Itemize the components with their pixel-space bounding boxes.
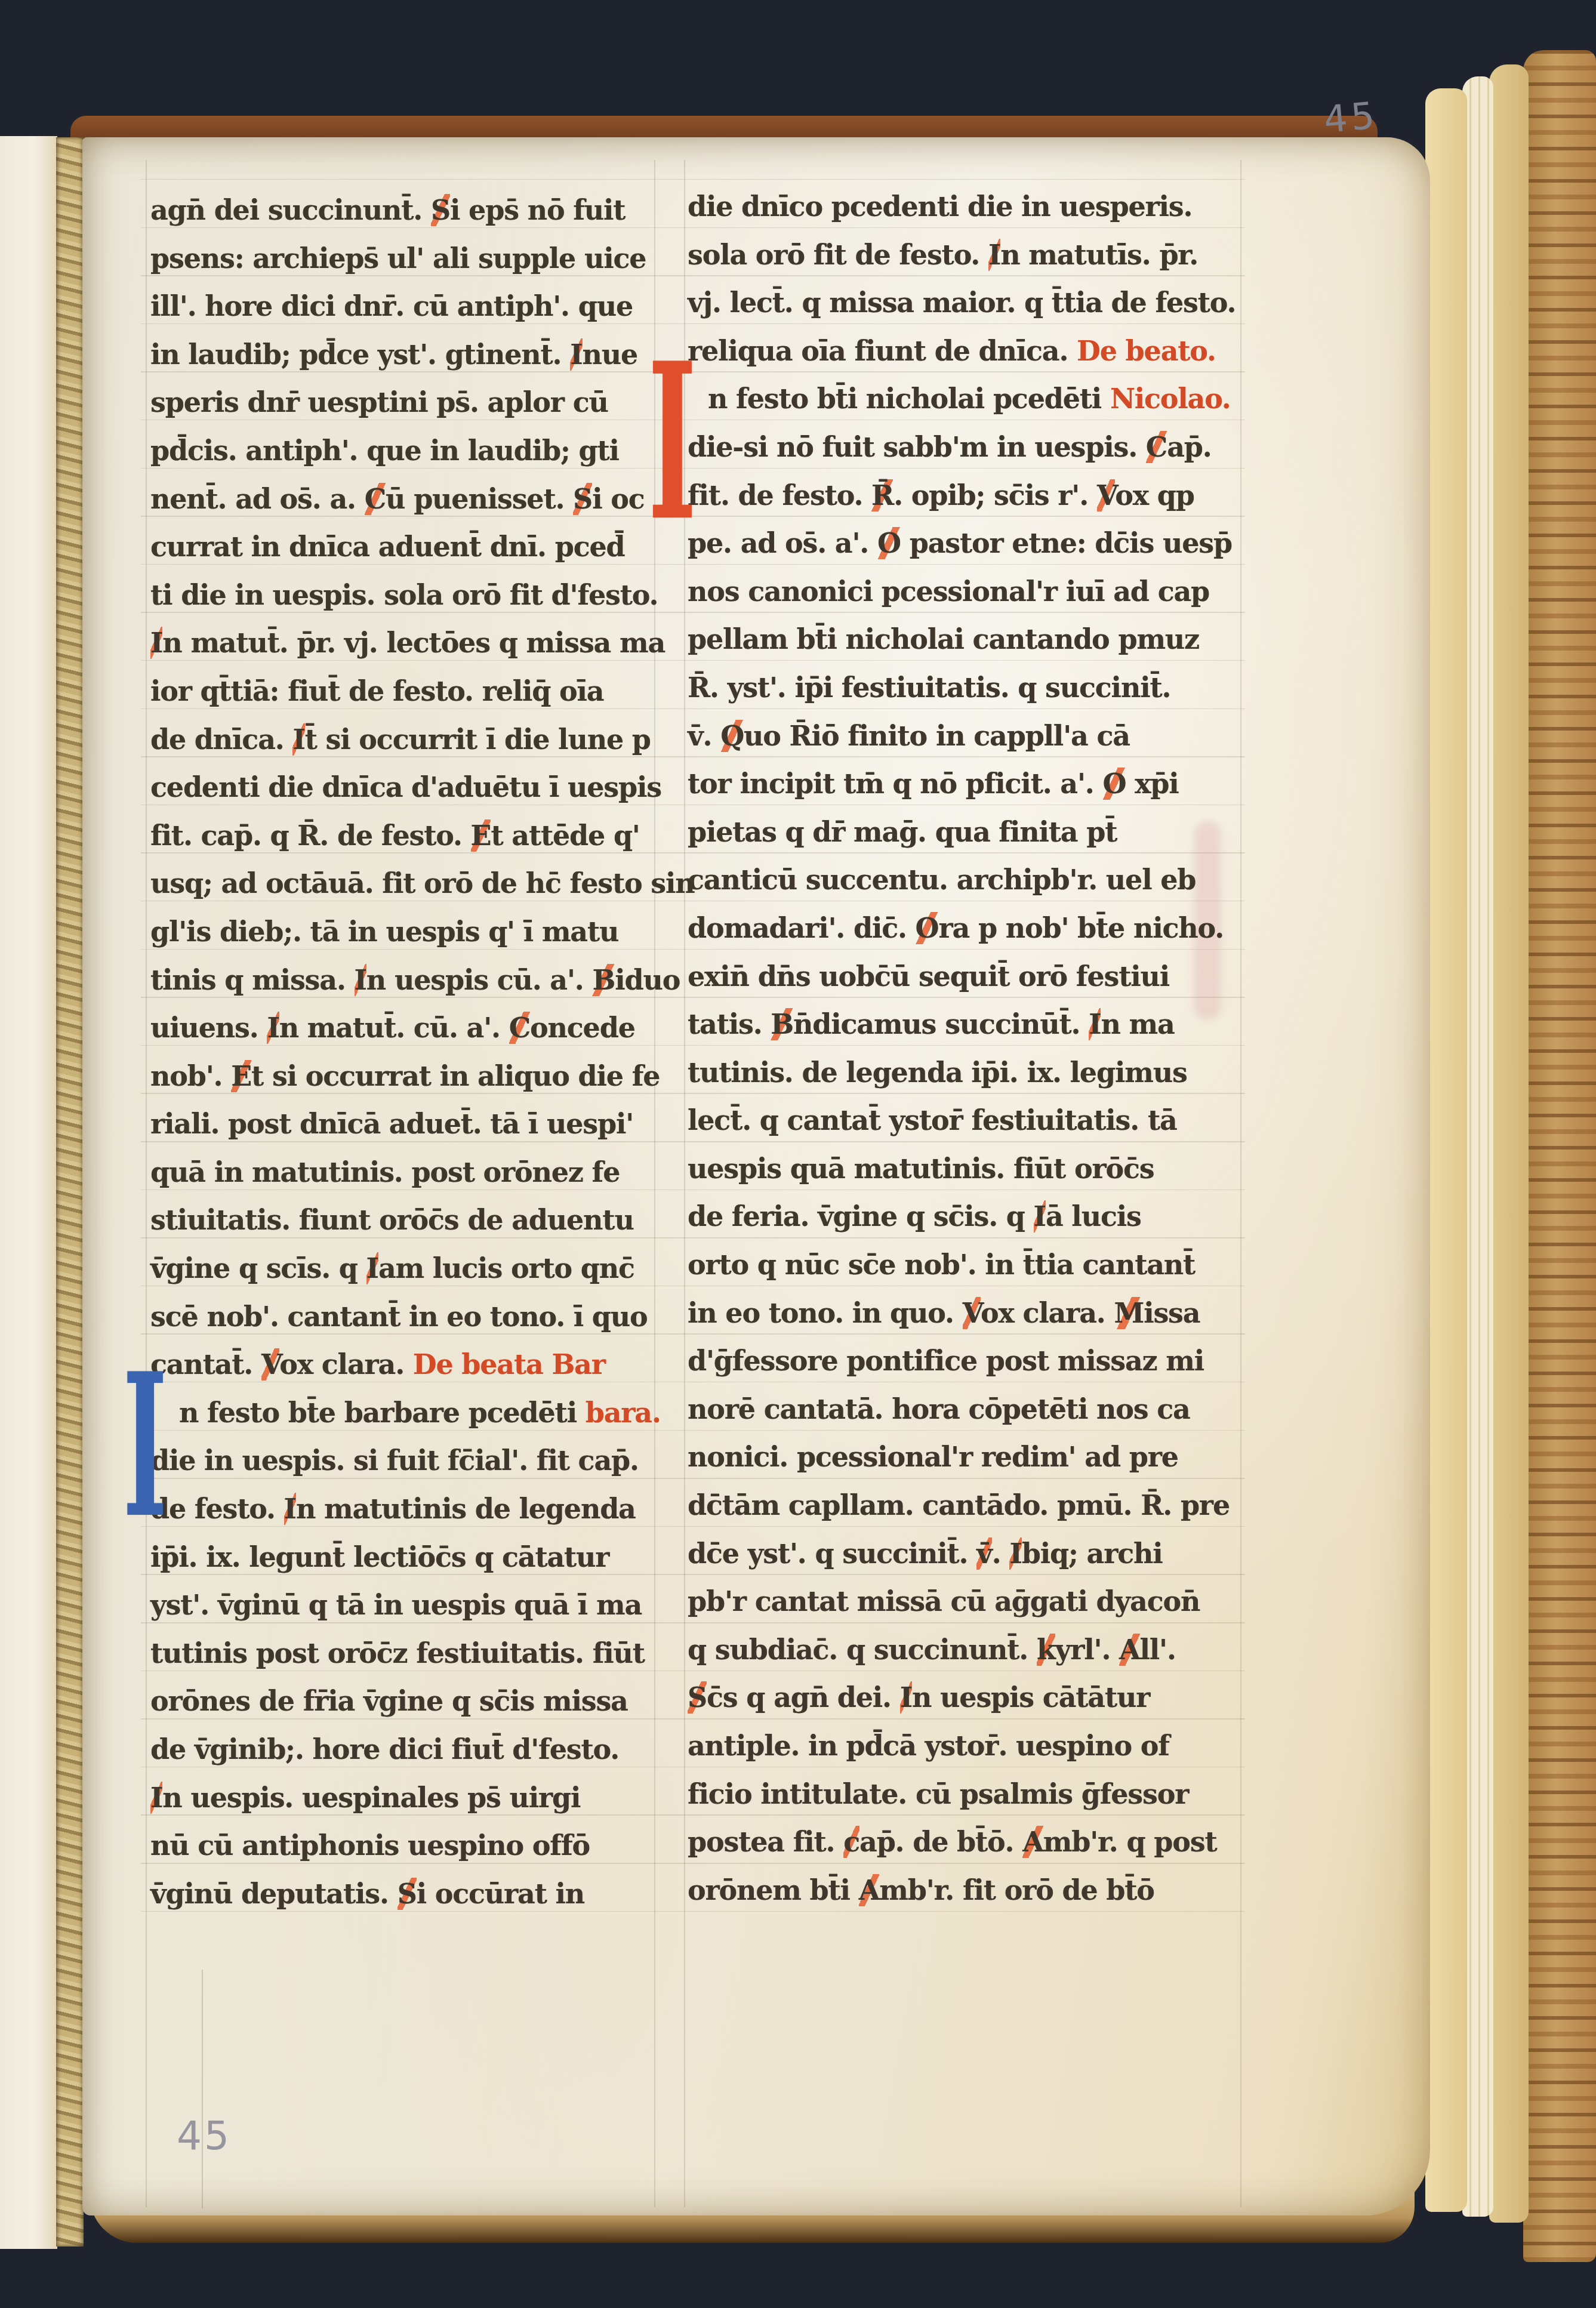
rubricated-capital: M bbox=[1114, 1297, 1144, 1329]
body-text: dc̄e yst'. q succinit̄. bbox=[688, 1537, 976, 1570]
text-line: die in uespis. si fuit fc̄ial'. fit cap̄… bbox=[150, 1437, 655, 1485]
body-text: R̄. yst'. ip̄i festiuitatis. q succinit̄… bbox=[688, 671, 1170, 704]
text-line: die-si nō fuit sabb'm in uespis. Cap̄. bbox=[688, 423, 1245, 472]
text-line: ip̄i. ix. legunt̄ lectiōc̄s q cātatur bbox=[150, 1533, 655, 1582]
body-text: ll'. bbox=[1140, 1634, 1176, 1666]
body-text: ill'. hore dici dnr̄. cū antiph'. que bbox=[150, 290, 633, 322]
text-line: nob'. Et si occurrat in aliquo die fe bbox=[150, 1052, 655, 1101]
body-text: scē nob'. cantant̄ in eo tono. ī quo bbox=[150, 1301, 648, 1333]
body-text: d'ḡfessore pontifice post missaz mi bbox=[688, 1345, 1204, 1377]
rubricated-capital: O bbox=[916, 912, 939, 944]
body-text: cedenti die dnīca d'aduētu ī uespis bbox=[150, 771, 661, 803]
body-text: die dnīco pcedenti die in uesperis. bbox=[688, 190, 1192, 223]
rubric-text: De beato. bbox=[1077, 335, 1216, 367]
body-text: de v̄ginib;. hore dici fiut̄ d'festo. bbox=[150, 1733, 619, 1765]
rubricated-capital: Q bbox=[720, 720, 744, 752]
body-text: ti die in uespis. sola orō fit d'festo. bbox=[150, 579, 658, 611]
body-text: nob'. bbox=[150, 1060, 231, 1092]
body-text: lect̄. q cantat̄ ystor̄ festiuitatis. tā bbox=[688, 1104, 1177, 1136]
text-line: canticū succentu. archipb'r. uel eb bbox=[688, 856, 1245, 904]
rubricated-capital: C bbox=[365, 483, 386, 515]
text-line: exin̄ dn̄s uobc̄ū sequit̄ orō festiui bbox=[688, 953, 1245, 1001]
text-line: de feria. v̄gine q sc̄is. q Iā lucis bbox=[688, 1192, 1245, 1241]
text-line: domadari'. dic̄. Ora p nob' bt̄e nicho. bbox=[688, 904, 1245, 953]
manuscript-photo: agn̄ dei succinunt̄. Si eps̄ nō fuitpsen… bbox=[0, 0, 1596, 2308]
body-text: die-si nō fuit sabb'm in uespis. bbox=[688, 431, 1146, 463]
text-line: Sc̄s q agn̄ dei. In uespis cātātur bbox=[688, 1674, 1245, 1722]
page-edge-stack-outer bbox=[1489, 64, 1529, 2223]
body-text: issa bbox=[1144, 1297, 1200, 1329]
body-text: exin̄ dn̄s uobc̄ū sequit̄ orō festiui bbox=[688, 960, 1169, 993]
text-line: norē cantatā. hora cōpetēti nos ca bbox=[688, 1385, 1245, 1434]
body-text: de dnīca. bbox=[150, 723, 292, 756]
text-line: d'ḡfessore pontifice post missaz mi bbox=[688, 1337, 1245, 1385]
text-line: ti die in uespis. sola orō fit d'festo. bbox=[150, 571, 655, 620]
body-text: i oc bbox=[592, 483, 644, 515]
text-line: gl'is dieb;. tā in uespis q' ī matu bbox=[150, 908, 655, 956]
body-text: v̄ginū deputatis. bbox=[150, 1878, 398, 1910]
body-text: uespis quā matutinis. fiūt orōc̄s bbox=[688, 1153, 1154, 1185]
text-line: antiple. in pd̄cā ystor̄. uespino of bbox=[688, 1722, 1245, 1770]
body-text: . bbox=[992, 1537, 1010, 1570]
body-text: in laudib; pd̄ce yst'. gtinent̄. bbox=[150, 338, 570, 371]
rubricated-capital: v̄ bbox=[976, 1537, 992, 1570]
body-text: c̄s q agn̄ dei. bbox=[707, 1681, 900, 1714]
body-text: nent̄. ad os̄. a. bbox=[150, 483, 365, 515]
rubricated-capital: B bbox=[592, 964, 615, 996]
body-text: ior qt̄tiā: fiut̄ de festo. reliq̄ oīa bbox=[150, 675, 603, 707]
text-line: nent̄. ad os̄. a. Cū puenisset. Si oc bbox=[150, 475, 655, 523]
text-line: n festo bt̄e barbare pcedēti bara. bbox=[150, 1389, 655, 1437]
body-text: reliqua oīa fiunt de dnīca. bbox=[688, 335, 1077, 367]
text-line: R̄. yst'. ip̄i festiuitatis. q succinit̄… bbox=[688, 664, 1245, 712]
body-text: n matut̄. p̄r. vj. lectōes q missa ma bbox=[162, 627, 665, 659]
body-text: t si occurrat in aliquo die fe bbox=[251, 1060, 660, 1092]
body-text: tor incipit tm̄ q nō pficit. a'. bbox=[688, 768, 1102, 800]
text-line: postea fit. cap̄. de bt̄ō. Amb'r. q post bbox=[688, 1818, 1245, 1866]
body-text: uiuens. bbox=[150, 1012, 267, 1044]
text-line: pietas q dr̄ maḡ. qua finita pt̄ bbox=[688, 808, 1245, 856]
text-line: uiuens. In matut̄. cū. a'. Concede bbox=[150, 1004, 655, 1052]
body-text: n matutinis de legenda bbox=[296, 1493, 636, 1525]
rubricated-capital: E bbox=[471, 819, 491, 852]
rubricated-capital: I bbox=[267, 1012, 279, 1044]
body-text: orōnes de fr̄ia v̄gine q sc̄is missa bbox=[150, 1685, 628, 1717]
body-text: dc̄tām capllam. cantādo. pmū. R̄. pre bbox=[688, 1489, 1230, 1521]
text-line: riali. post dnīcā aduet̄. tā ī uespi' bbox=[150, 1100, 655, 1148]
body-text: pietas q dr̄ maḡ. qua finita pt̄ bbox=[688, 816, 1117, 848]
folio-number-bottom: 45 bbox=[177, 2113, 232, 2159]
rubricated-capital: I bbox=[1034, 1200, 1046, 1232]
text-line: cedenti die dnīca d'aduētu ī uespis bbox=[150, 763, 655, 812]
rubricated-capital: B bbox=[771, 1008, 793, 1040]
body-text: mb'r. fit orō de bt̄ō bbox=[879, 1874, 1154, 1906]
body-text: i occūrat in bbox=[417, 1878, 584, 1910]
body-text: riali. post dnīcā aduet̄. tā ī uespi' bbox=[150, 1108, 633, 1140]
body-text: i eps̄ nō fuit bbox=[450, 194, 625, 226]
text-line: ficio intitulate. cū psalmis ḡfessor bbox=[688, 1770, 1245, 1819]
ruling-line-vertical bbox=[202, 1970, 203, 2208]
text-line: tor incipit tm̄ q nō pficit. a'. O xp̄i bbox=[688, 760, 1245, 808]
ruling-line-vertical bbox=[146, 160, 147, 2207]
text-line: pellam bt̄i nicholai cantando pmuz bbox=[688, 615, 1245, 664]
body-text: n uespis cātātur bbox=[912, 1681, 1150, 1714]
body-text: ū puenisset. bbox=[386, 483, 573, 515]
body-text: quā in matutinis. post orōnez fe bbox=[150, 1156, 620, 1188]
text-line: fit. cap̄. q R̄. de festo. Et attēde q' bbox=[150, 812, 655, 860]
text-line: stiuitatis. fiunt orōc̄s de aduentu bbox=[150, 1196, 655, 1244]
body-text: pb'r cantat missā cū aḡgati dyacon̄ bbox=[688, 1585, 1200, 1617]
text-line: orōnes de fr̄ia v̄gine q sc̄is missa bbox=[150, 1677, 655, 1725]
body-text: ap̄. de bt̄ō. bbox=[859, 1826, 1022, 1858]
text-line: v̄gine q scīs. q Iam lucis orto qnc̄ bbox=[150, 1244, 655, 1293]
body-text: pd̄cis. antiph'. que in laudib; gti bbox=[150, 435, 619, 467]
body-text: fit. de festo. bbox=[688, 479, 871, 511]
body-text: stiuitatis. fiunt orōc̄s de aduentu bbox=[150, 1204, 634, 1236]
body-text: psens: archieps̄ ul' ali supple uice bbox=[150, 242, 646, 275]
text-line: tutinis. de legenda ip̄i. ix. legimus bbox=[688, 1049, 1245, 1097]
rubricated-capital: V bbox=[1097, 479, 1115, 511]
body-text: orōnem bt̄i bbox=[688, 1874, 859, 1906]
text-line: in laudib; pd̄ce yst'. gtinent̄. Inue bbox=[150, 331, 655, 379]
body-text: biq; archi bbox=[1022, 1537, 1163, 1570]
body-text: nue bbox=[583, 338, 638, 371]
body-text: . opib; sc̄is r'. bbox=[893, 479, 1097, 511]
body-text: die in uespis. si fuit fc̄ial'. fit cap̄… bbox=[150, 1444, 639, 1477]
rubricated-capital: I bbox=[355, 964, 366, 996]
rubricated-capital: S bbox=[688, 1681, 707, 1714]
body-text: n̄dicamus succinūt̄. bbox=[793, 1008, 1089, 1040]
body-text: gl'is dieb;. tā in uespis q' ī matu bbox=[150, 916, 618, 948]
rubricated-capital: k bbox=[1037, 1634, 1055, 1666]
text-line: de dnīca. It̄ si occurrit ī die lune p bbox=[150, 716, 655, 764]
rubricated-capital: I bbox=[366, 1252, 378, 1284]
text-line: In matut̄. p̄r. vj. lectōes q missa ma bbox=[150, 619, 655, 667]
body-text: ox clara. bbox=[981, 1297, 1114, 1329]
body-text: pellam bt̄i nicholai cantando pmuz bbox=[688, 623, 1199, 655]
rubricated-capital: c bbox=[843, 1826, 859, 1858]
body-text: yrl'. bbox=[1055, 1634, 1119, 1666]
text-line: uespis quā matutinis. fiūt orōc̄s bbox=[688, 1145, 1245, 1193]
body-text: uo R̄iō finito in cappll'a cā bbox=[744, 720, 1130, 752]
text-line: lect̄. q cantat̄ ystor̄ festiuitatis. tā bbox=[688, 1096, 1245, 1145]
text-line: scē nob'. cantant̄ in eo tono. ī quo bbox=[150, 1293, 655, 1341]
body-text: xp̄i bbox=[1126, 768, 1178, 800]
text-line: nos canonici pcessional'r iuī ad cap bbox=[688, 568, 1245, 616]
folio-number-top: 45 bbox=[1322, 93, 1380, 141]
body-text: de feria. v̄gine q sc̄is. q bbox=[688, 1200, 1034, 1232]
text-line: quā in matutinis. post orōnez fe bbox=[150, 1148, 655, 1197]
facing-page-sliver bbox=[0, 136, 57, 2249]
body-text: tatis. bbox=[688, 1008, 771, 1040]
body-text: mb'r. q post bbox=[1043, 1826, 1217, 1858]
text-line: de festo. In matutinis de legenda bbox=[150, 1485, 655, 1533]
body-text: ox qp bbox=[1115, 479, 1194, 511]
body-text: n matutīs. p̄r. bbox=[1000, 239, 1198, 271]
body-text: t attēde q' bbox=[491, 819, 639, 852]
body-text: ap̄. bbox=[1167, 431, 1211, 463]
rubricated-capital: C bbox=[1146, 431, 1167, 463]
text-line: reliqua oīa fiunt de dnīca. De beato. bbox=[688, 327, 1245, 375]
body-text: tinis q missa. bbox=[150, 964, 355, 996]
text-line: die dnīco pcedenti die in uesperis. bbox=[688, 183, 1245, 231]
text-line: speris dnr̄ uesptini ps̄. aplor cū bbox=[150, 378, 655, 427]
body-text: domadari'. dic̄. bbox=[688, 912, 916, 944]
text-line: de v̄ginib;. hore dici fiut̄ d'festo. bbox=[150, 1725, 655, 1774]
body-text: am lucis orto qnc̄ bbox=[378, 1252, 634, 1284]
rubricated-capital: R̄ bbox=[871, 479, 893, 511]
body-text: norē cantatā. hora cōpetēti nos ca bbox=[688, 1393, 1190, 1425]
text-line: vj. lect̄. q missa maior. q t̄tia de fes… bbox=[688, 279, 1245, 327]
text-line: nū cū antiphonis uespino offō bbox=[150, 1822, 655, 1870]
rubricated-capital: E bbox=[231, 1060, 251, 1092]
rubricated-capital: V bbox=[963, 1297, 981, 1329]
rubricated-capital: S bbox=[431, 194, 450, 226]
text-column-right: die dnīco pcedenti die in uesperis.sola … bbox=[688, 183, 1245, 1914]
text-line: dc̄e yst'. q succinit̄. v̄. Ibiq; archi bbox=[688, 1530, 1245, 1578]
text-line: n festo bt̄i nicholai pcedēti Nicolao. bbox=[688, 375, 1245, 423]
rubricated-capital: I bbox=[988, 239, 1000, 271]
text-line: yst'. v̄ginū q tā in uespis quā ī ma bbox=[150, 1581, 655, 1629]
rubricated-capital: C bbox=[509, 1012, 530, 1044]
body-text: v̄gine q scīs. q bbox=[150, 1252, 366, 1284]
text-line: q subdiac̄. q succinunt̄. kyrl'. All'. bbox=[688, 1626, 1245, 1674]
body-text: antiple. in pd̄cā ystor̄. uespino of bbox=[688, 1730, 1169, 1762]
body-text: in eo tono. in quo. bbox=[688, 1297, 963, 1329]
text-line: pd̄cis. antiph'. que in laudib; gti bbox=[150, 427, 655, 475]
rubricated-capital: I bbox=[570, 338, 582, 371]
body-text: ficio intitulate. cū psalmis ḡfessor bbox=[688, 1778, 1188, 1810]
text-line: dc̄tām capllam. cantādo. pmū. R̄. pre bbox=[688, 1481, 1245, 1530]
body-text: canticū succentu. archipb'r. uel eb bbox=[688, 864, 1196, 896]
body-text: sola orō fit de festo. bbox=[688, 239, 988, 271]
body-text: iduo bbox=[615, 964, 680, 996]
gutter-stitching bbox=[56, 137, 84, 2247]
text-line: currat in dnīca aduent̄ dnī. pced̄ bbox=[150, 523, 655, 571]
text-line: agn̄ dei succinunt̄. Si eps̄ nō fuit bbox=[150, 186, 655, 235]
body-text: ip̄i. ix. legunt̄ lectiōc̄s q cātatur bbox=[150, 1541, 609, 1573]
fore-edge-band bbox=[1523, 50, 1596, 2262]
text-line: in eo tono. in quo. Vox clara. Missa bbox=[688, 1289, 1245, 1338]
body-text: ox clara. bbox=[279, 1348, 412, 1381]
text-line: pe. ad os̄. a'. O pastor etne: dc̄is ues… bbox=[688, 519, 1245, 568]
body-text: speris dnr̄ uesptini ps̄. aplor cū bbox=[150, 386, 608, 418]
rubricated-capital: S bbox=[398, 1878, 417, 1910]
body-text: usq; ad octāuā. fit orō de hc̄ festo sin bbox=[150, 867, 694, 899]
rubric-text: Nicolao. bbox=[1110, 383, 1231, 415]
rubricated-capital: A bbox=[1119, 1634, 1140, 1666]
body-text: tutinis. de legenda ip̄i. ix. legimus bbox=[688, 1056, 1187, 1089]
text-line: fit. de festo. R̄. opib; sc̄is r'. Vox q… bbox=[688, 472, 1245, 520]
body-text: currat in dnīca aduent̄ dnī. pced̄ bbox=[150, 531, 625, 563]
illuminated-initial-blue-I: I bbox=[123, 1362, 167, 1529]
text-line: v̄. Quo R̄iō finito in cappll'a cā bbox=[688, 712, 1245, 760]
text-line: cantat̄. Vox clara. De beata Bar bbox=[150, 1341, 655, 1389]
rubricated-capital: O bbox=[1102, 768, 1126, 800]
text-line: ill'. hore dici dnr̄. cū antiph'. que bbox=[150, 282, 655, 331]
body-text: vj. lect̄. q missa maior. q t̄tia de fes… bbox=[688, 286, 1235, 319]
text-line: tinis q missa. In uespis cū. a'. Biduo bbox=[150, 956, 655, 1004]
body-text: t̄ si occurrit ī die lune p bbox=[305, 723, 651, 756]
rubricated-capital: S bbox=[573, 483, 592, 515]
rubricated-capital: I bbox=[1089, 1008, 1101, 1040]
body-text: postea fit. bbox=[688, 1826, 843, 1858]
body-text: n uespis cū. a'. bbox=[366, 964, 593, 996]
rubricated-capital: I bbox=[150, 1782, 162, 1814]
body-text: n matut̄. cū. a'. bbox=[279, 1012, 509, 1044]
body-text: de festo. bbox=[150, 1493, 284, 1525]
body-text: n ma bbox=[1101, 1008, 1174, 1040]
text-line: psens: archieps̄ ul' ali supple uice bbox=[150, 235, 655, 283]
body-text: ra p nob' bt̄e nicho. bbox=[938, 912, 1224, 944]
rubricated-capital: I bbox=[284, 1493, 296, 1525]
text-line: orto q nūc sc̄e nob'. in t̄tia cantant̄ bbox=[688, 1241, 1245, 1289]
rubricated-capital: I bbox=[1009, 1537, 1021, 1570]
body-text: agn̄ dei succinunt̄. bbox=[150, 194, 431, 226]
body-text: oncede bbox=[530, 1012, 635, 1044]
rubric-text: bara. bbox=[586, 1397, 661, 1429]
rubricated-capital: A bbox=[1022, 1826, 1043, 1858]
rubricated-capital: A bbox=[859, 1874, 880, 1906]
body-text: n festo bt̄i nicholai pcedēti bbox=[708, 383, 1110, 415]
page-edge-stack-inner bbox=[1425, 88, 1467, 2212]
text-line: tutinis post orōc̄z festiuitatis. fiūt bbox=[150, 1629, 655, 1678]
body-text: pe. ad os̄. a'. bbox=[688, 527, 877, 559]
text-line: In uespis. uespinales ps̄ uirgi bbox=[150, 1774, 655, 1822]
rubricated-capital: I bbox=[900, 1681, 912, 1714]
body-text: n festo bt̄e barbare pcedēti bbox=[179, 1397, 586, 1429]
body-text: pastor etne: dc̄is uesp̄ bbox=[901, 527, 1232, 559]
body-text: nos canonici pcessional'r iuī ad cap bbox=[688, 575, 1209, 608]
text-line: v̄ginū deputatis. Si occūrat in bbox=[150, 1870, 655, 1918]
text-line: pb'r cantat missā cū aḡgati dyacon̄ bbox=[688, 1577, 1245, 1626]
body-text: fit. cap̄. q R̄. de festo. bbox=[150, 819, 471, 852]
text-line: sola orō fit de festo. In matutīs. p̄r. bbox=[688, 231, 1245, 279]
body-text: nū cū antiphonis uespino offō bbox=[150, 1829, 590, 1862]
body-text: n uespis. uespinales ps̄ uirgi bbox=[162, 1782, 580, 1814]
body-text: q subdiac̄. q succinunt̄. bbox=[688, 1634, 1037, 1666]
text-line: nonici. pcessional'r redim' ad pre bbox=[688, 1433, 1245, 1481]
text-line: orōnem bt̄i Amb'r. fit orō de bt̄ō bbox=[688, 1866, 1245, 1915]
text-line: usq; ad octāuā. fit orō de hc̄ festo sin bbox=[150, 859, 655, 908]
rubric-text: De beata Bar bbox=[413, 1348, 605, 1381]
body-text: nonici. pcessional'r redim' ad pre bbox=[688, 1441, 1178, 1473]
rubricated-capital: I bbox=[292, 723, 304, 756]
text-column-left: agn̄ dei succinunt̄. Si eps̄ nō fuitpsen… bbox=[150, 186, 655, 1918]
body-text: yst'. v̄ginū q tā in uespis quā ī ma bbox=[150, 1589, 642, 1621]
text-line: tatis. Bn̄dicamus succinūt̄. In ma bbox=[688, 1000, 1245, 1049]
body-text: ā lucis bbox=[1046, 1200, 1141, 1232]
body-text: tutinis post orōc̄z festiuitatis. fiūt bbox=[150, 1637, 645, 1669]
rubricated-capital: I bbox=[150, 627, 162, 659]
body-text: orto q nūc sc̄e nob'. in t̄tia cantant̄ bbox=[688, 1249, 1195, 1281]
rubricated-capital: V bbox=[261, 1348, 279, 1381]
illuminated-initial-red-I: I bbox=[648, 350, 697, 535]
body-text: v̄. bbox=[688, 720, 720, 752]
rubricated-capital: O bbox=[877, 527, 901, 559]
text-line: ior qt̄tiā: fiut̄ de festo. reliq̄ oīa bbox=[150, 667, 655, 716]
